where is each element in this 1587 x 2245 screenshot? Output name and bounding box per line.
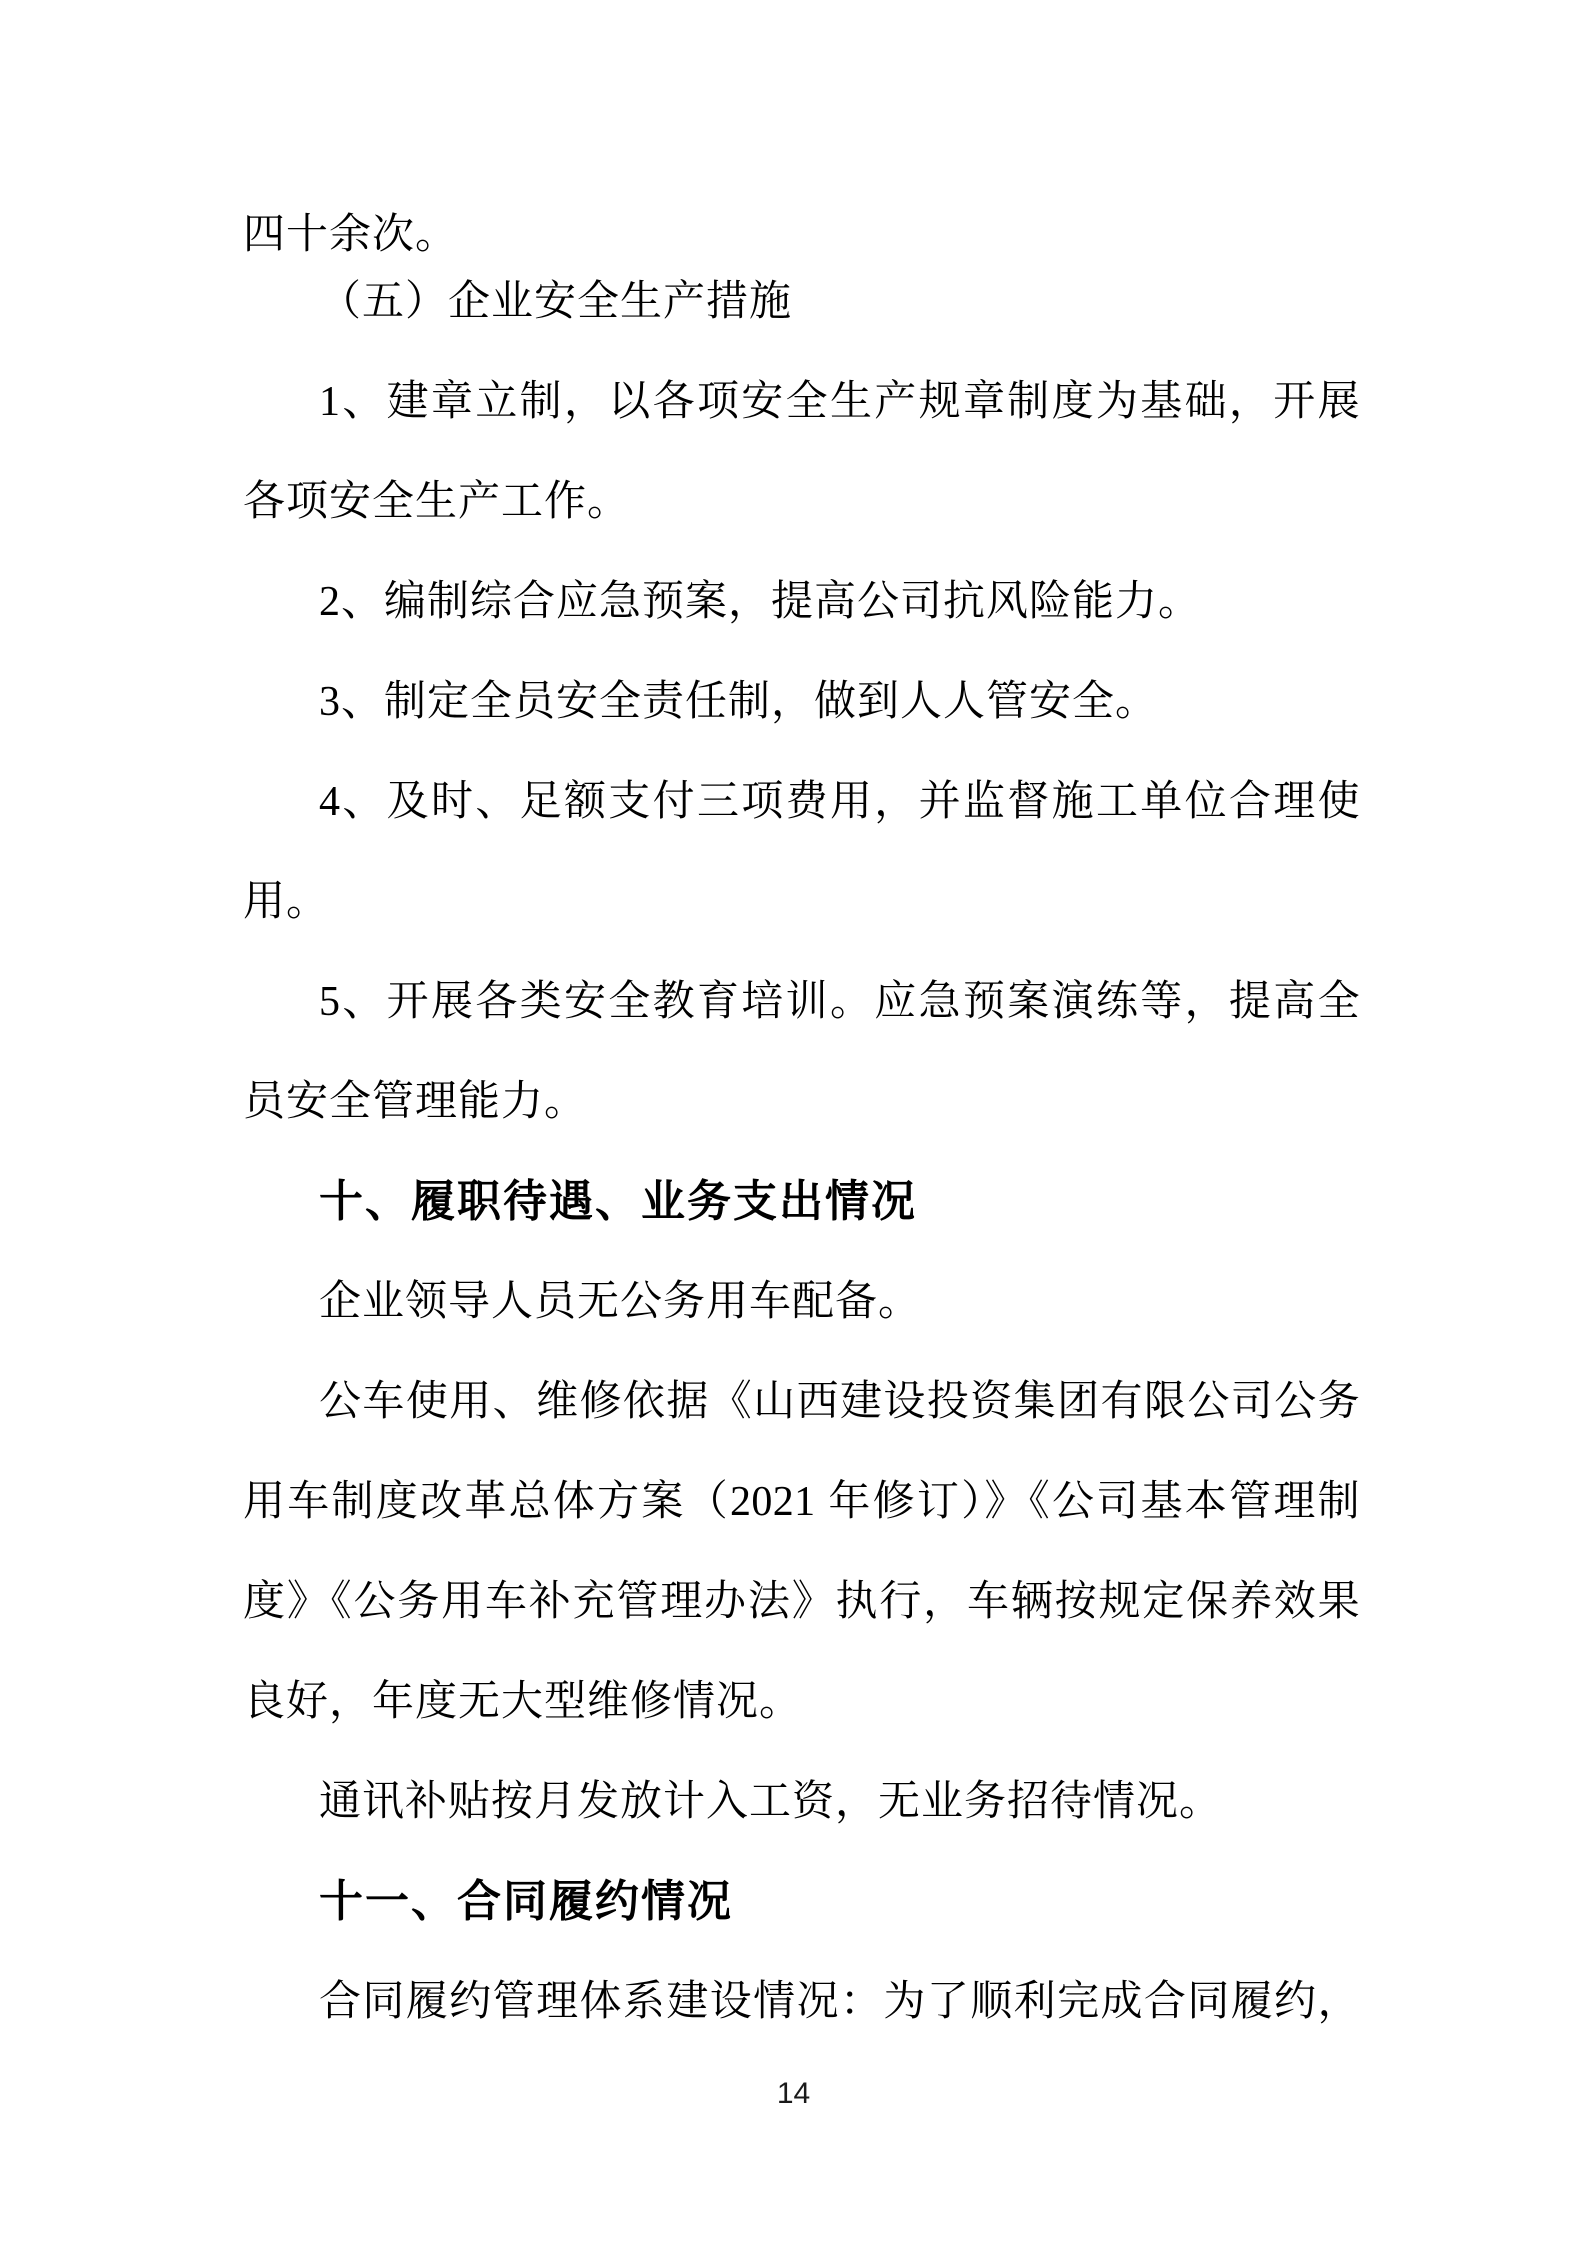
text-line: （五）企业安全生产措施 [243,252,1360,352]
text-line: 用。 [243,852,1360,952]
text-line: 5、开展各类安全教育培训。应急预案演练等，提高全 [243,952,1360,1052]
document-body: 四十余次。（五）企业安全生产措施1、建章立制，以各项安全生产规章制度为基础，开展… [0,0,1587,2245]
text-line: 合同履约管理体系建设情况：为了顺利完成合同履约， [243,1952,1360,2052]
text-line: 度》《公务用车补充管理办法》执行，车辆按规定保养效果 [243,1552,1360,1652]
text-line: 3、制定全员安全责任制，做到人人管安全。 [243,652,1360,752]
text-line: 良好，年度无大型维修情况。 [243,1652,1360,1752]
text-line: 1、建章立制，以各项安全生产规章制度为基础，开展 [243,352,1360,452]
text-line: 2、编制综合应急预案，提高公司抗风险能力。 [243,552,1360,652]
document-page: 四十余次。（五）企业安全生产措施1、建章立制，以各项安全生产规章制度为基础，开展… [0,0,1587,2245]
text-line: 各项安全生产工作。 [243,452,1360,552]
text-line: 用车制度改革总体方案（2021 年修订）》《公司基本管理制 [243,1452,1360,1552]
text-line: 企业领导人员无公务用车配备。 [243,1252,1360,1352]
text-line: 通讯补贴按月发放计入工资，无业务招待情况。 [243,1752,1360,1852]
page-number: 14 [0,2072,1587,2116]
section-heading: 十一、合同履约情况 [243,1852,1360,1952]
section-heading: 十、履职待遇、业务支出情况 [243,1152,1360,1252]
text-line: 员安全管理能力。 [243,1052,1360,1152]
text-line: 4、及时、足额支付三项费用，并监督施工单位合理使 [243,752,1360,852]
text-line: 公车使用、维修依据《山西建设投资集团有限公司公务 [243,1352,1360,1452]
